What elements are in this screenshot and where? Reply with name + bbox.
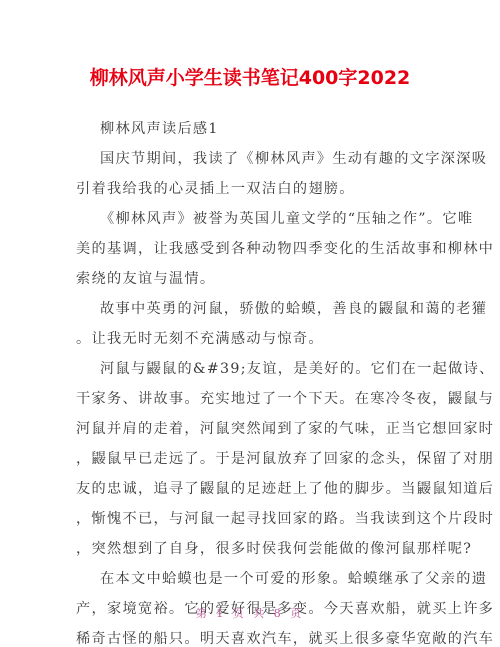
text-line: ，惭愧不已，与河鼠一起寻找回家的路。当我读到这个片段时 [76,504,436,534]
text-line: 柳林风声读后感1 [76,114,436,144]
page-number-footer: 第 1 页 共 8 页 [0,605,500,621]
text-line: 稀奇古怪的船只。明天喜欢汽车，就买上很多豪华宽敞的汽车 [76,624,436,647]
text-line: 友的忠诚，追寻了鼹鼠的足迹赶上了他的脚步。当鼹鼠知道后 [76,474,436,504]
text-line: 国庆节期间，我读了《柳林风声》生动有趣的文字深深吸 [76,144,436,174]
document-body: 柳林风声读后感1 国庆节期间，我读了《柳林风声》生动有趣的文字深深吸 引着我给我… [76,114,436,647]
text-line: 河鼠并肩的走着，河鼠突然闻到了家的气味，正当它想回家时 [76,414,436,444]
text-line: 引着我给我的心灵插上一双洁白的翅膀。 [76,174,436,204]
document-page: 柳林风声小学生读书笔记400字2022 柳林风声读后感1 国庆节期间，我读了《柳… [0,0,500,647]
document-title: 柳林风声小学生读书笔记400字2022 [0,64,500,92]
text-line: 河鼠与鼹鼠的&#39;友谊，是美好的。它们在一起做诗、 [76,354,436,384]
text-line: 干家务、讲故事。充实地过了一个下天。在寒冷冬夜，鼹鼠与 [76,384,436,414]
text-line: 。让我无时无刻不充满感动与惊奇。 [76,324,436,354]
text-line: ，突然想到了自身，很多时侯我何尝能做的像河鼠那样呢? [76,534,436,564]
text-line: 《柳林风声》被誉为英国儿童文学的“压轴之作”。它唯 [76,204,436,234]
text-line: ，鼹鼠早已走远了。于是河鼠放弃了回家的念头，保留了对朋 [76,444,436,474]
text-line: 美的基调，让我感受到各种动物四季变化的生活故事和柳林中 [76,234,436,264]
text-line: 在本文中蛤蟆也是一个可爱的形象。蛤蟆继承了父亲的遗 [76,564,436,594]
text-line: 故事中英勇的河鼠，骄傲的蛤蟆，善良的鼹鼠和蔼的老獾 [76,294,436,324]
text-line: 索绕的友谊与温情。 [76,264,436,294]
